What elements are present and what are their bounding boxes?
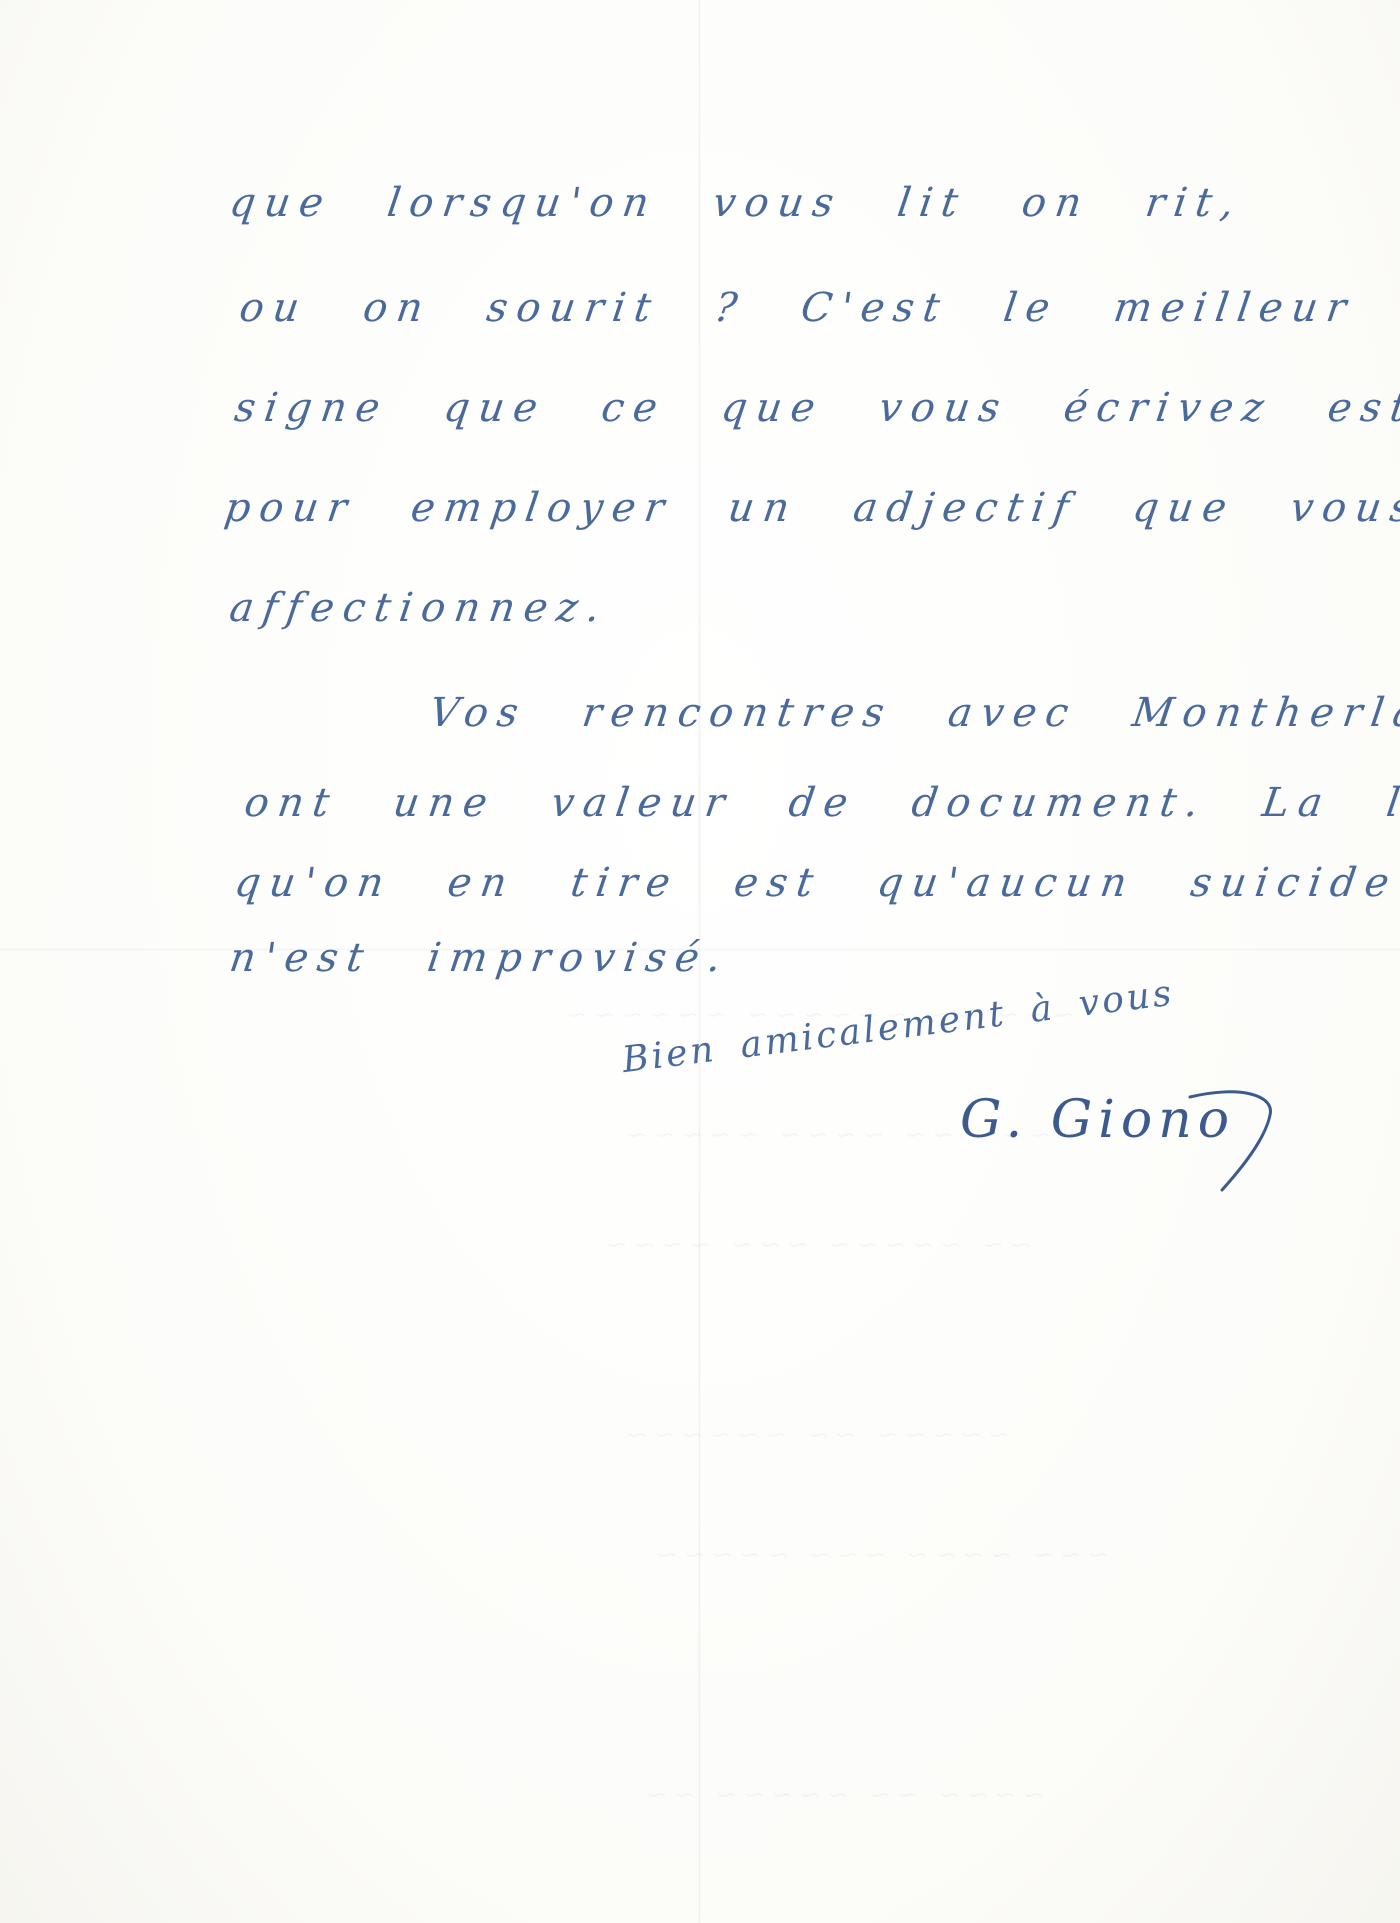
show-through-text: ~~~~ ~~ ~~~~~ ~~ — [640, 1780, 1044, 1810]
show-through-text: ~~~ ~~~~ ~~~ ~~~~~ — [650, 1540, 1110, 1570]
letter-line-7: ont une valeur de document. La leçon — [242, 780, 1400, 826]
letter-line-5: affectionnez. — [227, 585, 612, 631]
letter-line-1: que lorsqu'on vous lit on rit, — [227, 180, 1246, 226]
letter-line-4: pour employer un adjectif que vous — [222, 485, 1400, 531]
letter-line-3-text: signe que ce que vous écrivez est — [232, 385, 1400, 431]
letter-line-8: qu'on en tire est qu'aucun suicide — [232, 860, 1400, 906]
letter-line-9: n'est improvisé. — [227, 935, 733, 981]
letter-line-3: signe que ce que vous écrivez est robora… — [232, 385, 1400, 431]
show-through-text: ~~ ~~~~~ ~~~ ~~~~ — [600, 1230, 1032, 1260]
letter-line-2: ou on sourit ? C'est le meilleur — [237, 285, 1358, 331]
letter-line-6: Vos rencontres avec Montherlant — [427, 690, 1400, 736]
signature-flourish-icon — [1180, 1085, 1300, 1195]
show-through-text: ~~~~~ ~~ ~~~~~~ — [620, 1420, 1010, 1450]
letter-page: ~~~ ~~ ~~~~~~ ~~~~~~ ~~~~ ~~ ~~~~ ~~~~~ … — [0, 0, 1400, 1923]
